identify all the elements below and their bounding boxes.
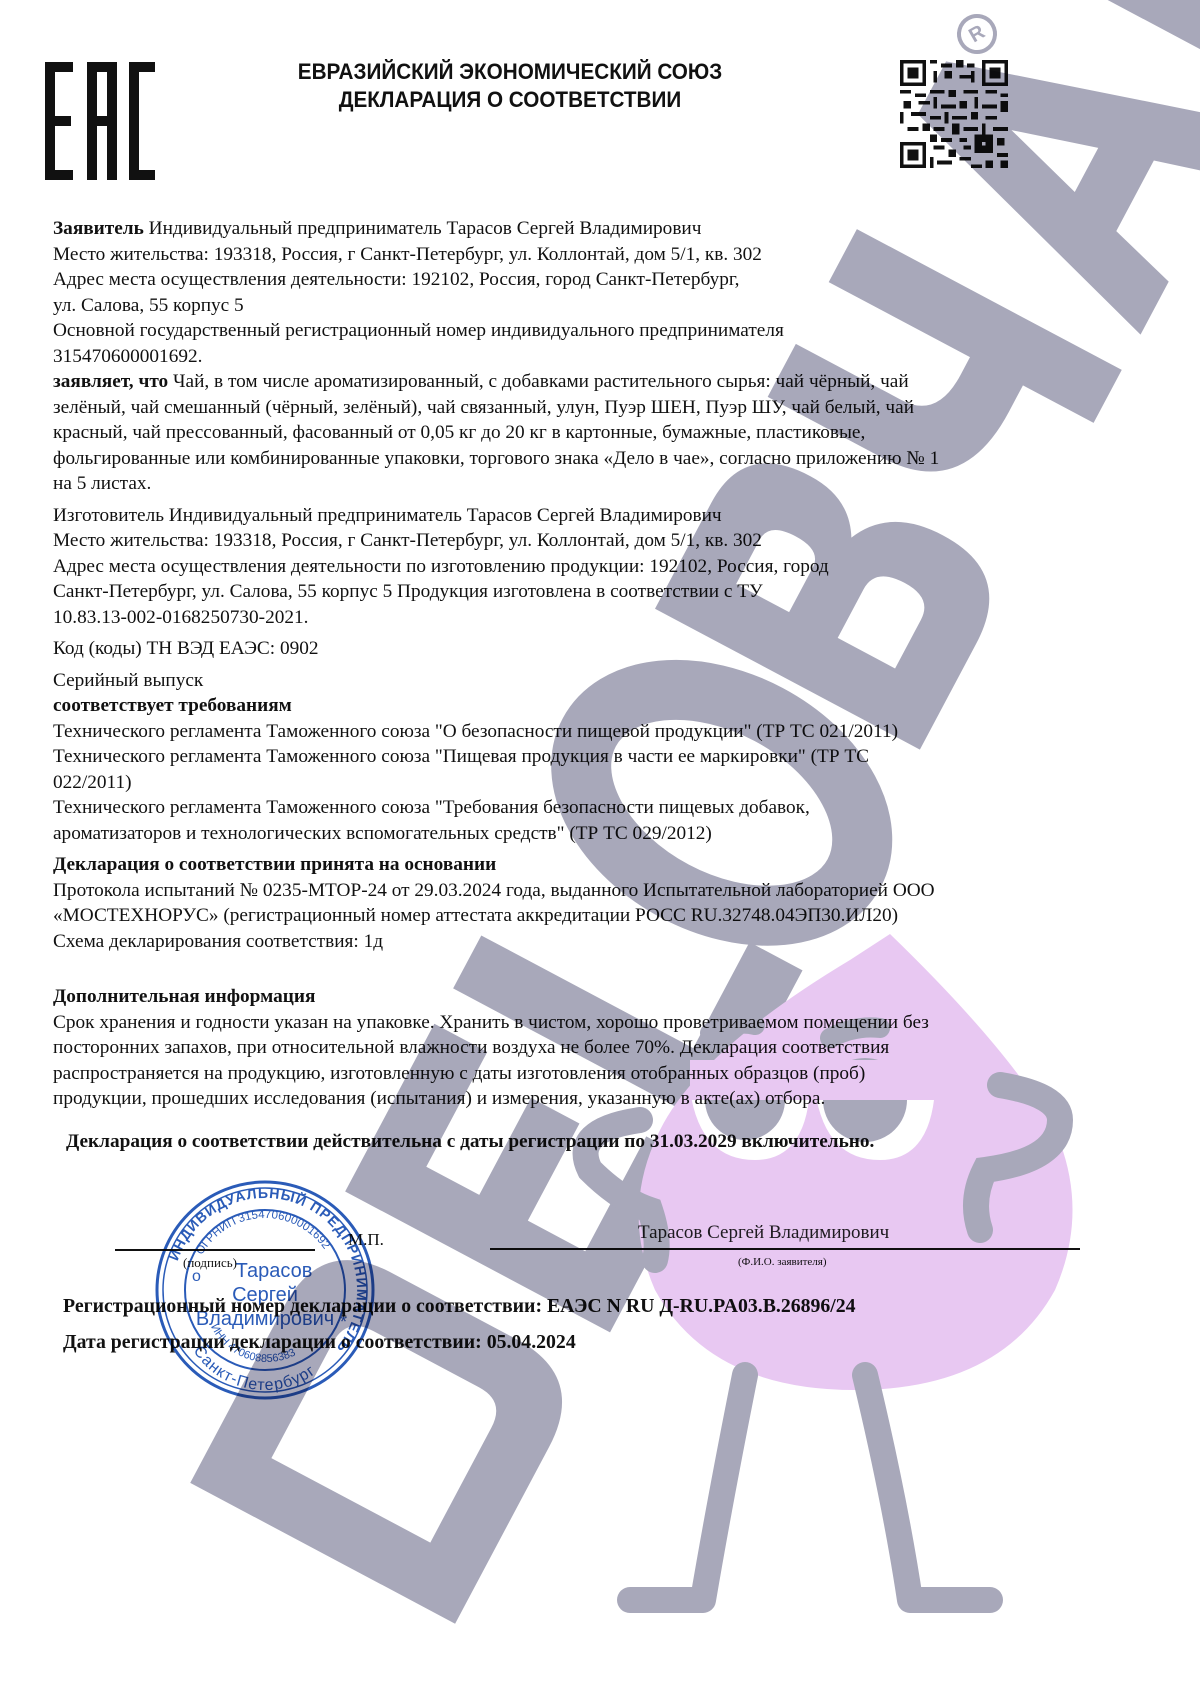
name-caption: (Ф.И.О. заявителя) — [738, 1256, 827, 1268]
declaration-title: ДЕКЛАРАЦИЯ О СООТВЕТСТВИИ — [239, 86, 782, 114]
eac-logo-icon — [45, 62, 155, 180]
additional-info-label: Дополнительная информация — [53, 986, 315, 1007]
union-title: ЕВРАЗИЙСКИЙ ЭКОНОМИЧЕСКИЙ СОЮЗ — [239, 58, 782, 86]
requirements-label: соответствует требованиям — [53, 695, 292, 716]
product-desc-2: зелёный, чай смешанный (чёрный, зелёный)… — [53, 395, 1123, 421]
product-desc-5: на 5 листах. — [53, 471, 1123, 497]
signer-name: Тарасов Сергей Владимирович — [638, 1222, 889, 1244]
applicant-name: Индивидуальный предприниматель Тарасов С… — [144, 218, 702, 239]
manufacturer-address: Адрес места осуществления деятельности п… — [53, 554, 1123, 580]
applicant-section: Заявитель Индивидуальный предприниматель… — [53, 216, 1123, 1112]
declaration-scheme: Схема декларирования соответствия: 1д — [53, 929, 1123, 955]
manufacturer-address-cont: Санкт-Петербург, ул. Салова, 55 корпус 5… — [53, 579, 1123, 605]
validity-statement: Декларация о соответствии действительна … — [66, 1131, 874, 1153]
additional-info-2: посторонних запахов, при относительной в… — [53, 1035, 1123, 1061]
product-desc-3: красный, чай прессованный, фасованный от… — [53, 420, 1123, 446]
product-desc-1: Чай, в том числе ароматизированный, с до… — [168, 371, 908, 392]
product-desc-4: фольгированные или комбинированные упако… — [53, 446, 1123, 472]
additional-info-4: продукции, прошедших исследования (испыт… — [53, 1086, 1123, 1112]
ogrnip-label: Основной государственный регистрационный… — [53, 318, 1123, 344]
manufacturer-residence: Место жительства: 193318, Россия, г Санк… — [53, 528, 1123, 554]
basis-protocol: Протокола испытаний № 0235-МТОР-24 от 29… — [53, 878, 1123, 904]
qr-code-icon[interactable] — [900, 60, 1008, 168]
applicant-activity-address-cont: ул. Салова, 55 корпус 5 — [53, 293, 1123, 319]
registration-number: Регистрационный номер декларации о соотв… — [63, 1295, 856, 1318]
basis-accreditation: «МОСТЕХНОРУС» (регистрационный номер атт… — [53, 903, 1123, 929]
release-type: Серийный выпуск — [53, 668, 1123, 694]
registration-date: Дата регистрации декларации о соответств… — [63, 1331, 576, 1354]
applicant-activity-address: Адрес места осуществления деятельности: … — [53, 267, 1123, 293]
applicant-residence: Место жительства: 193318, Россия, г Санк… — [53, 242, 1123, 268]
requirement-2: Технического регламента Таможенного союз… — [53, 744, 1123, 770]
document-content: ЕВРАЗИЙСКИЙ ЭКОНОМИЧЕСКИЙ СОЮЗ ДЕКЛАРАЦИ… — [0, 0, 1200, 1696]
manufacturer-name: Изготовитель Индивидуальный предпринимат… — [53, 503, 1123, 529]
tnved-code: Код (коды) ТН ВЭД ЕАЭС: 0902 — [53, 636, 1123, 662]
applicant-label: Заявитель — [53, 218, 144, 239]
requirement-2-cont: 022/2011) — [53, 770, 1123, 796]
ogrnip-value: 315470600001692. — [53, 344, 1123, 370]
additional-info-1: Срок хранения и годности указан на упако… — [53, 1010, 1123, 1036]
requirement-3: Технического регламента Таможенного союз… — [53, 795, 1123, 821]
requirement-1: Технического регламента Таможенного союз… — [53, 719, 1123, 745]
signature-line — [115, 1249, 315, 1251]
name-line — [490, 1248, 1080, 1250]
seal-placeholder-label: М.П. — [348, 1230, 384, 1250]
basis-label: Декларация о соответствии принята на осн… — [53, 854, 496, 875]
signature-caption: (подпись) — [183, 1255, 237, 1271]
document-header: ЕВРАЗИЙСКИЙ ЭКОНОМИЧЕСКИЙ СОЮЗ ДЕКЛАРАЦИ… — [239, 58, 782, 114]
manufacturer-tu: 10.83.13-002-0168250730-2021. — [53, 605, 1123, 631]
requirement-3-cont: ароматизаторов и технологических вспомог… — [53, 821, 1123, 847]
declares-label: заявляет, что — [53, 371, 168, 392]
additional-info-3: распространяется на продукцию, изготовле… — [53, 1061, 1123, 1087]
declaration-page: R ЕВРАЗИЙСКИЙ ЭКОНОМИЧЕСКИЙ СОЮЗ ДЕКЛАРА… — [0, 0, 1200, 1696]
